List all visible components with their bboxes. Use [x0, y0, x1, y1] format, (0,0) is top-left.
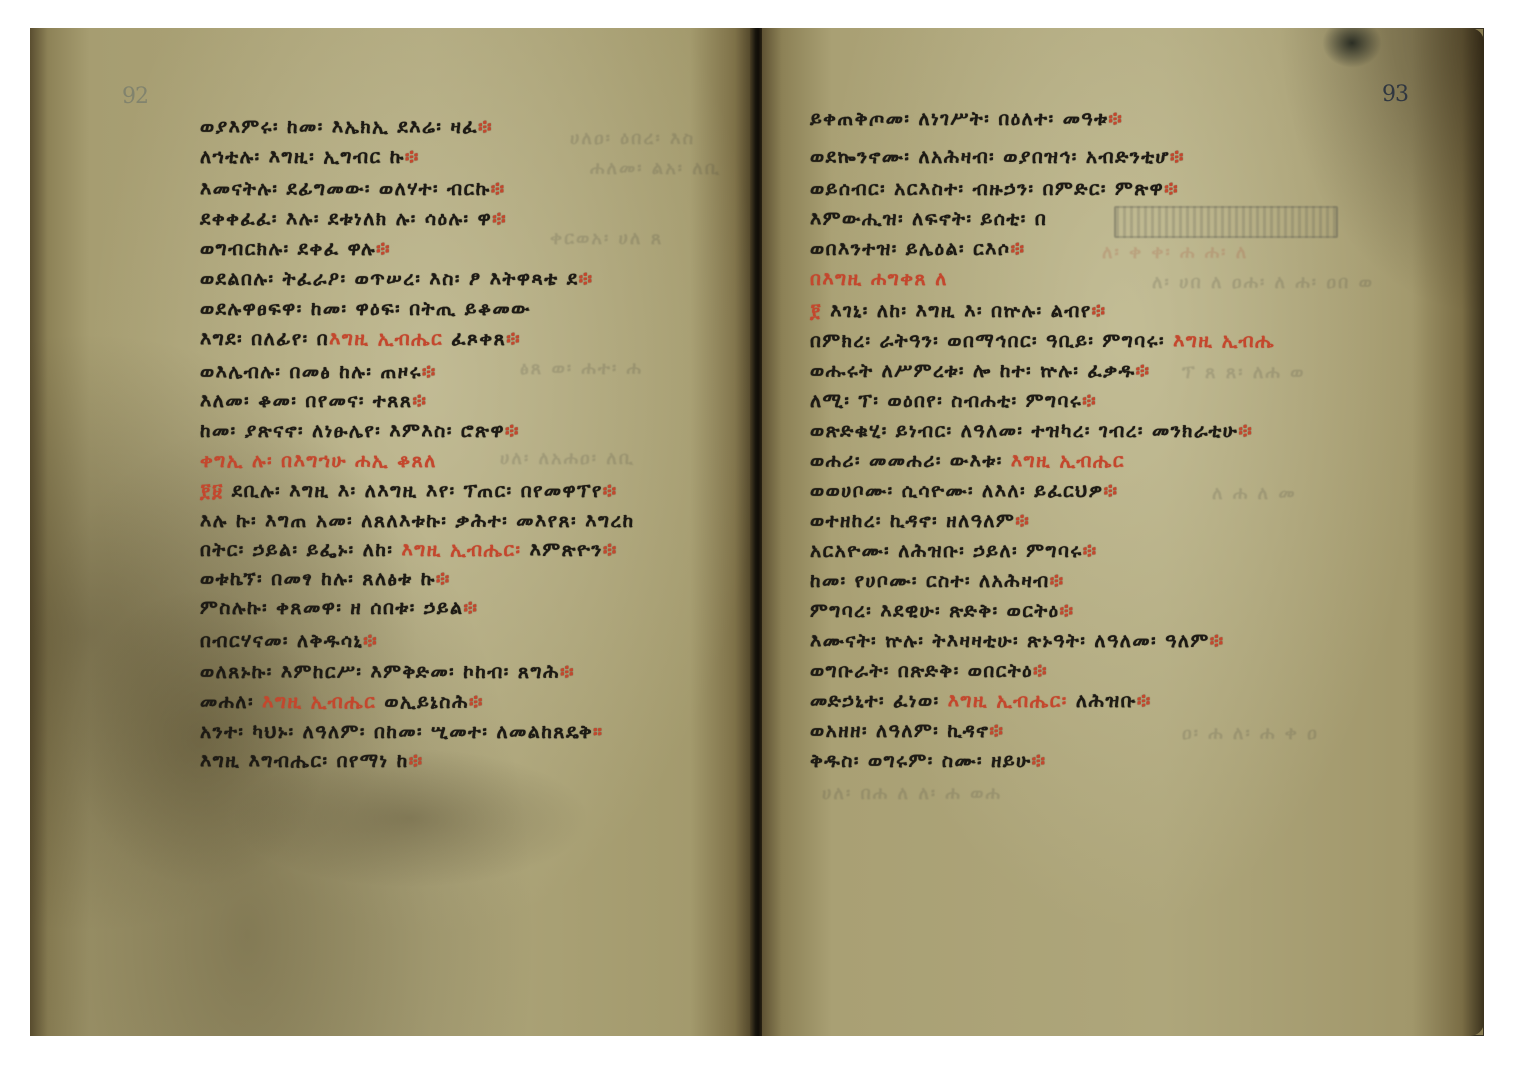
- manuscript-line: አንተ፡ ካህኑ፡ ለዓለም፡ በከመ፡ ሢመተ፡ ለመልከጸዴቅ።: [200, 721, 604, 743]
- manuscript-line: ወበእንተዝ፡ ይሌዕል፡ ርእሶ፨: [810, 238, 1025, 260]
- rubric-segment: በእግዚ ሐግቀጸ ለ: [810, 268, 948, 290]
- manuscript-line: ቅዱስ፡ ወግሩም፡ ስሙ፡ ዘይሁ፨: [810, 750, 1046, 772]
- manuscript-line: ወወሀቦሙ፡ ሲሳዮሙ፡ ለእለ፡ ይፈርህዎ፨: [810, 480, 1118, 502]
- manuscript-line: ወደልበሉ፡ ትፈራዖ፡ ወጥሠረ፡ እስ፡ ፆ እትዋጻቴ ደ፨: [200, 268, 593, 290]
- manuscript-line: ለሚ፡ ፕ፡ ወዕበየ፡ ስብሐቲ፡ ምግባሩ፨: [810, 390, 1097, 412]
- rubric-segment: ቀግኢ ሉ፡ በእግኀሁ ሐኢ ቆጸለ: [200, 450, 437, 472]
- manuscript-line: እለመ፡ ቆመ፡ በየመና፡ ተጸጸ፨: [200, 390, 427, 412]
- text-segment: ወይሰብር፡ አርእስተ፡ ብዙኃን፡ በምድር፡ ምጽዋ: [810, 178, 1164, 200]
- manuscript-line: እግዚ እግብሔር፡ በየማነ ከ፨: [200, 750, 424, 772]
- text-segment: ወግቡራት፡ በጽድቅ፡ ወበርትዕ: [810, 660, 1033, 682]
- text-segment: አርአዮሙ፡ ለሕዝቡ፡ ኃይለ፡ ምግባሩ: [810, 540, 1083, 562]
- verse-divider-icon: ፨: [492, 208, 507, 230]
- verse-divider-icon: ፨: [469, 691, 484, 713]
- verse-divider-icon: ፨: [1164, 178, 1179, 200]
- manuscript-line: አርአዮሙ፡ ለሕዝቡ፡ ኃይለ፡ ምግባሩ፨: [810, 540, 1098, 562]
- verse-divider-icon: ፨: [1082, 390, 1097, 412]
- text-segment: ይቀጠቅጦመ፡ ለነገሥት፡ በዕለተ፡ መዓቱ: [810, 108, 1108, 130]
- verse-divider-icon: ፨: [1104, 480, 1119, 502]
- verse-divider-icon: ፨: [989, 720, 1004, 742]
- rubric-segment: እግዚ ኢብሔር፡: [401, 539, 521, 561]
- verse-divider-icon: ፨: [436, 568, 451, 590]
- manuscript-line: ምግባረ፡ እደዊሁ፡ ጽድቅ፡ ወርትዕ፨: [810, 600, 1074, 622]
- manuscript-line: ቀግኢ ሉ፡ በእግኀሁ ሐኢ ቆጸለ: [200, 450, 437, 472]
- verse-divider-icon: ፨: [363, 630, 378, 652]
- manuscript-line: ወጽድቁሂ፡ ይነብር፡ ለዓለመ፡ ተዝካረ፡ ገብረ፡ መንክራቲሁ፨: [810, 420, 1253, 442]
- text-segment: ለሕዝቡ: [1068, 690, 1137, 712]
- manuscript-line: ወሐሪ፡ መመሐሪ፡ ውእቱ፡ እግዚ ኢብሔር: [810, 450, 1125, 472]
- rubric-segment: ፻: [810, 300, 822, 322]
- rubric-segment: እግዚ ኢብሔር፡: [948, 690, 1068, 712]
- text-segment: እምጽዮን: [522, 539, 603, 561]
- text-segment: ወሐሪ፡ መመሐሪ፡ ውእቱ፡: [810, 450, 1011, 472]
- right-text-block: ይቀጠቅጦመ፡ ለነገሥት፡ በዕለተ፡ መዓቱ፨ወደኰንኖሙ፡ ለአሕዛብ፡ …: [810, 28, 1484, 1036]
- verse-divider-icon: ፨: [1033, 660, 1048, 682]
- text-segment: ወበእንተዝ፡ ይሌዕል፡ ርእሶ: [810, 238, 1011, 260]
- verse-divider-icon: ፨: [405, 146, 420, 168]
- rubric-segment: እግዚ ኢብሔር: [262, 691, 376, 713]
- text-segment: ወያእምሩ፡ ከመ፡ እኤክኢ ደእሬ፡ ዛፈ: [200, 116, 478, 138]
- verse-divider-icon: ፨: [1137, 690, 1152, 712]
- text-segment: ወእሌብሉ፡ በመፅ ከሉ፡ ጠዞሩ: [200, 361, 422, 383]
- verse-divider-icon: ፨: [376, 238, 391, 260]
- text-segment: ወግብርክሉ፡ ደቀፈ ዋሉ: [200, 238, 376, 260]
- rubric-segment: እግዚ ኢብሔር: [1011, 450, 1125, 472]
- verse-divider-icon: ፨: [1092, 300, 1107, 322]
- manuscript-line: ወግቡራት፡ በጽድቅ፡ ወበርትዕ፨: [810, 660, 1048, 682]
- manuscript-line: ወደኰንኖሙ፡ ለአሕዛብ፡ ወያበዝኅ፡ አብድንቲሆ፨: [810, 146, 1185, 168]
- manuscript-line: ወተዘከረ፡ ኪዳኖ፡ ዘለዓለም፨: [810, 510, 1030, 532]
- text-segment: በትር፡ ኃይል፡ ይፌኑ፡ ለከ፡: [200, 539, 401, 561]
- verse-divider-icon: ፨: [1015, 510, 1030, 532]
- rubric-segment: ፻፱: [200, 480, 224, 502]
- rubric-segment: እግዚ ኢብሔር: [329, 328, 443, 350]
- verse-divider-icon: ፨: [1210, 630, 1225, 652]
- manuscript-line: እግደ፡ በለፊየ፡ በእግዚ ኢብሔር ፈጾቀጸ፨: [200, 328, 521, 350]
- verse-divider-icon: ፨: [579, 268, 594, 290]
- verse-divider-icon: ፨: [1238, 420, 1253, 442]
- text-segment: ወተዘከረ፡ ኪዳኖ፡ ዘለዓለም: [810, 510, 1015, 532]
- manuscript-line: ወአዘዘ፡ ለዓለም፡ ኪዳኖ፨: [810, 720, 1004, 742]
- right-page: 93 ለ፡ ቀ ቀ፡ ሐ ሐ፡ ለ ለ፡ ሀበ ለ ዐሐ፡ ለ ሐ፡ ዐበ ወ …: [762, 28, 1484, 1036]
- manuscript-line: ወደሉዋፀፍዋ፡ ከመ፡ ዋዕፍ፡ በትጢ ይቆመው: [200, 298, 531, 320]
- text-segment: መድኃኒተ፡ ፈነወ፡: [810, 690, 948, 712]
- verse-divider-icon: ።: [593, 721, 603, 743]
- manuscript-line: ወግብርክሉ፡ ደቀፈ ዋሉ፨: [200, 238, 391, 260]
- manuscript-line: ፻ እገኒ፡ ለከ፡ እግዚ እ፡ በኵሉ፡ ልብየ፨: [810, 300, 1106, 322]
- verse-divider-icon: ፨: [1136, 360, 1151, 382]
- manuscript-line: ለኀቲሉ፡ እግዚ፡ ኢግብር ኩ፨: [200, 146, 420, 168]
- text-segment: ወሑሩት ለሥምረቱ፡ ሎ ከተ፡ ኵሉ፡ ፈቃዱ: [810, 360, 1136, 382]
- manuscript-line: ወለጸኑኩ፡ እምከርሥ፡ እምቅድመ፡ ኮከብ፡ ጸግሕ፨: [200, 661, 575, 683]
- text-segment: ደቢሉ፡ እግዚ እ፡ ለእግዚ እየ፡ ፕጠር፡ በየመዋፕየ: [224, 480, 603, 502]
- manuscript-scan: 92 ሀለዐ፡ ዕበረ፡ እስ ሐለመ፡ ልአ፡ ለቢ ቀርወአ፡ ሀለ ጸ ፅ…: [30, 28, 1484, 1036]
- text-segment: እሉ ኩ፡ እግጠ አመ፡ ለጸለእቱኩ፡ ቃሕተ፡ መእየጸ፡ እግረከ: [200, 510, 635, 532]
- manuscript-line: ወይሰብር፡ አርእስተ፡ ብዙኃን፡ በምድር፡ ምጽዋ፨: [810, 178, 1179, 200]
- verse-divider-icon: ፨: [409, 750, 424, 772]
- manuscript-line: መሐለ፡ እግዚ ኢብሔር ወኢይኔስሕ፨: [200, 691, 484, 713]
- verse-divider-icon: ፨: [464, 597, 479, 619]
- verse-divider-icon: ፨: [603, 480, 618, 502]
- manuscript-line: ከመ፡ ያጽናኖ፡ ለነፁሌየ፡ እምእስ፡ ሮጽዋ፨: [200, 420, 520, 442]
- manuscript-line: እምውሒዝ፡ ለፍኖት፡ ይሰቲ፡ በ: [810, 208, 1047, 230]
- manuscript-line: ወሑሩት ለሥምረቱ፡ ሎ ከተ፡ ኵሉ፡ ፈቃዱ፨: [810, 360, 1150, 382]
- text-segment: ወደሉዋፀፍዋ፡ ከመ፡ ዋዕፍ፡ በትጢ ይቆመው: [200, 298, 531, 320]
- text-segment: ቅዱስ፡ ወግሩም፡ ስሙ፡ ዘይሁ: [810, 750, 1032, 772]
- manuscript-line: እሉ ኩ፡ እግጠ አመ፡ ለጸለእቱኩ፡ ቃሕተ፡ መእየጸ፡ እግረከ: [200, 510, 635, 532]
- text-segment: ፈጾቀጸ: [443, 328, 506, 350]
- manuscript-line: ፻፱ ደቢሉ፡ እግዚ እ፡ ለእግዚ እየ፡ ፕጠር፡ በየመዋፕየ፨: [200, 480, 618, 502]
- manuscript-line: በምክረ፡ ራትዓን፡ ወበማኅበር፡ ዓቢይ፡ ምግባሩ፡ እግዚ ኢብሔ: [810, 330, 1275, 352]
- verse-divider-icon: ፨: [603, 539, 618, 561]
- manuscript-line: ወያእምሩ፡ ከመ፡ እኤክኢ ደእሬ፡ ዛፈ፨: [200, 116, 493, 138]
- text-segment: ለሚ፡ ፕ፡ ወዕበየ፡ ስብሐቲ፡ ምግባሩ: [810, 390, 1082, 412]
- text-segment: ወኢይኔስሕ: [376, 691, 469, 713]
- text-segment: እለመ፡ ቆመ፡ በየመና፡ ተጸጸ: [200, 390, 413, 412]
- verse-divider-icon: ፨: [1032, 750, 1047, 772]
- text-segment: ወወሀቦሙ፡ ሲሳዮሙ፡ ለእለ፡ ይፈርህዎ: [810, 480, 1104, 502]
- text-segment: ደቀቀፈፈ፡ እሉ፡ ደቱነለክ ሉ፡ ሳዕሉ፡ ዋ: [200, 208, 492, 230]
- left-page: 92 ሀለዐ፡ ዕበረ፡ እስ ሐለመ፡ ልአ፡ ለቢ ቀርወአ፡ ሀለ ጸ ፅ…: [30, 28, 754, 1036]
- text-segment: ወቱኬኘ፡ በመፃ ከሉ፡ ጸለፅቱ ኩ: [200, 568, 436, 590]
- verse-divider-icon: ፨: [478, 116, 493, 138]
- text-segment: ከመ፡ የሀቦሙ፡ ርስተ፡ ለአሕዛብ: [810, 570, 1050, 592]
- text-segment: ምግባረ፡ እደዊሁ፡ ጽድቅ፡ ወርትዕ: [810, 600, 1060, 622]
- text-segment: በብርሃናመ፡ ለቅዱሳኒ: [200, 630, 363, 652]
- text-segment: ምስሉኩ፡ ቀጸመዋ፡ ዘ ሰበቱ፡ ኃይል: [200, 597, 464, 619]
- manuscript-line: በትር፡ ኃይል፡ ይፌኑ፡ ለከ፡ እግዚ ኢብሔር፡ እምጽዮን፨: [200, 539, 618, 561]
- text-segment: እመናትሉ፡ ደፊግመው፡ ወለሃተ፡ ብርኩ: [200, 178, 491, 200]
- manuscript-line: ይቀጠቅጦመ፡ ለነገሥት፡ በዕለተ፡ መዓቱ፨: [810, 108, 1123, 130]
- verse-divider-icon: ፨: [491, 178, 506, 200]
- text-segment: ወደልበሉ፡ ትፈራዖ፡ ወጥሠረ፡ እስ፡ ፆ እትዋጻቴ ደ: [200, 268, 579, 290]
- manuscript-line: ምስሉኩ፡ ቀጸመዋ፡ ዘ ሰበቱ፡ ኃይል፨: [200, 597, 478, 619]
- verse-divider-icon: ፨: [413, 390, 428, 412]
- text-segment: አንተ፡ ካህኑ፡ ለዓለም፡ በከመ፡ ሢመተ፡ ለመልከጸዴቅ: [200, 721, 593, 743]
- manuscript-line: ወእሌብሉ፡ በመፅ ከሉ፡ ጠዞሩ፨: [200, 361, 437, 383]
- text-segment: እግዚ እግብሔር፡ በየማነ ከ: [200, 750, 409, 772]
- text-segment: እግደ፡ በለፊየ፡ በ: [200, 328, 329, 350]
- verse-divider-icon: ፨: [1108, 108, 1123, 130]
- manuscript-line: እመናትሉ፡ ደፊግመው፡ ወለሃተ፡ ብርኩ፨: [200, 178, 506, 200]
- left-text-block: ወያእምሩ፡ ከመ፡ እኤክኢ ደእሬ፡ ዛፈ፨ለኀቲሉ፡ እግዚ፡ ኢግብር …: [200, 28, 754, 1036]
- text-segment: ወጽድቁሂ፡ ይነብር፡ ለዓለመ፡ ተዝካረ፡ ገብረ፡ መንክራቲሁ: [810, 420, 1238, 442]
- verse-divider-icon: ፨: [506, 328, 521, 350]
- folio-number-left: 92: [122, 84, 148, 109]
- manuscript-line: ከመ፡ የሀቦሙ፡ ርስተ፡ ለአሕዛብ፨: [810, 570, 1065, 592]
- text-segment: እሙናት፡ ኵሉ፡ ትእዛዛቲሁ፡ ጽኑዓት፡ ለዓለመ፡ ዓለም: [810, 630, 1210, 652]
- verse-divider-icon: ፨: [1083, 540, 1098, 562]
- text-segment: ከመ፡ ያጽናኖ፡ ለነፁሌየ፡ እምእስ፡ ሮጽዋ: [200, 420, 505, 442]
- text-segment: መሐለ፡: [200, 691, 262, 713]
- verse-divider-icon: ፨: [1011, 238, 1026, 260]
- text-segment: ወለጸኑኩ፡ እምከርሥ፡ እምቅድመ፡ ኮከብ፡ ጸግሕ: [200, 661, 560, 683]
- manuscript-line: ወቱኬኘ፡ በመፃ ከሉ፡ ጸለፅቱ ኩ፨: [200, 568, 451, 590]
- verse-divider-icon: ፨: [1050, 570, 1065, 592]
- verse-divider-icon: ፨: [1170, 146, 1185, 168]
- text-segment: በምክረ፡ ራትዓን፡ ወበማኅበር፡ ዓቢይ፡ ምግባሩ፡: [810, 330, 1173, 352]
- verse-divider-icon: ፨: [505, 420, 520, 442]
- text-segment: እገኒ፡ ለከ፡ እግዚ እ፡ በኵሉ፡ ልብየ: [822, 300, 1092, 322]
- manuscript-line: በእግዚ ሐግቀጸ ለ: [810, 268, 948, 290]
- rubric-segment: እግዚ ኢብሔ: [1173, 330, 1275, 352]
- text-segment: ለኀቲሉ፡ እግዚ፡ ኢግብር ኩ: [200, 146, 405, 168]
- manuscript-line: ደቀቀፈፈ፡ እሉ፡ ደቱነለክ ሉ፡ ሳዕሉ፡ ዋ፨: [200, 208, 507, 230]
- verse-divider-icon: ፨: [560, 661, 575, 683]
- text-segment: ወደኰንኖሙ፡ ለአሕዛብ፡ ወያበዝኅ፡ አብድንቲሆ: [810, 146, 1170, 168]
- verse-divider-icon: ፨: [1060, 600, 1075, 622]
- text-segment: ወአዘዘ፡ ለዓለም፡ ኪዳኖ: [810, 720, 989, 742]
- verse-divider-icon: ፨: [422, 361, 437, 383]
- text-segment: እምውሒዝ፡ ለፍኖት፡ ይሰቲ፡ በ: [810, 208, 1047, 230]
- manuscript-line: እሙናት፡ ኵሉ፡ ትእዛዛቲሁ፡ ጽኑዓት፡ ለዓለመ፡ ዓለም፨: [810, 630, 1225, 652]
- manuscript-line: መድኃኒተ፡ ፈነወ፡ እግዚ ኢብሔር፡ ለሕዝቡ፨: [810, 690, 1152, 712]
- manuscript-line: በብርሃናመ፡ ለቅዱሳኒ፨: [200, 630, 378, 652]
